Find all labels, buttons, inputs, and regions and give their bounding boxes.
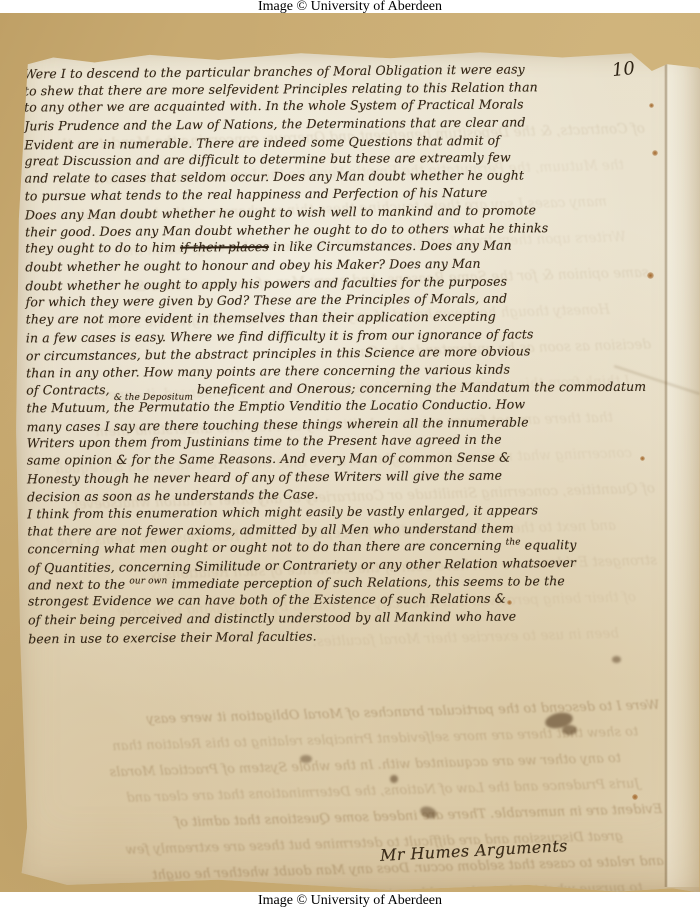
- top-copyright-text: Image © University of Aberdeen: [258, 0, 442, 14]
- ink-blot: [562, 725, 577, 735]
- manuscript-line: they are not more evident in themselves …: [26, 308, 626, 329]
- endorsement-inscription: Mr Humes Arguments: [380, 836, 569, 865]
- fox-spot: [652, 150, 658, 156]
- album-mount-background: of Contracts, & the Depositum beneficent…: [0, 13, 700, 892]
- top-copyright-banner: Image © University of Aberdeen: [0, 0, 700, 13]
- ink-blot: [300, 755, 312, 763]
- manuscript-line: and relate to cases that seldom occur. D…: [25, 167, 625, 188]
- bottom-copyright-banner: Image © University of Aberdeen: [0, 892, 700, 910]
- ink-blot: [612, 656, 621, 663]
- manuscript-line: that there are not fewer axioms, admitte…: [27, 520, 627, 541]
- fox-spot: [640, 456, 645, 461]
- fox-spot: [632, 794, 638, 800]
- manuscript-text: Were I to descend to the particular bran…: [24, 61, 629, 648]
- manuscript-page: of Contracts, & the Depositum beneficent…: [12, 49, 700, 895]
- bleedthrough-line: Evident are in numerable. There are inde…: [82, 797, 662, 839]
- ink-blot: [419, 804, 439, 820]
- fox-spot: [507, 600, 512, 605]
- bleedthrough-line: to any other we are acquainted with. In …: [81, 746, 622, 787]
- bleedthrough-layer-lower: Were I to descend to the particular bran…: [79, 693, 664, 909]
- manuscript-line: of Contracts, & the Depositum beneficent…: [26, 378, 626, 399]
- bottom-copyright-text: Image © University of Aberdeen: [258, 894, 442, 908]
- fox-spot: [649, 103, 654, 108]
- fox-spot: [647, 272, 654, 279]
- bleedthrough-line: Juris Prudence and the Law of Nations, t…: [81, 772, 640, 814]
- bleedthrough-line: and relate to cases that seldom occur. D…: [84, 849, 664, 891]
- ink-blot: [390, 775, 398, 783]
- page-fold-strip: [668, 63, 700, 887]
- vertical-crease: [664, 59, 668, 887]
